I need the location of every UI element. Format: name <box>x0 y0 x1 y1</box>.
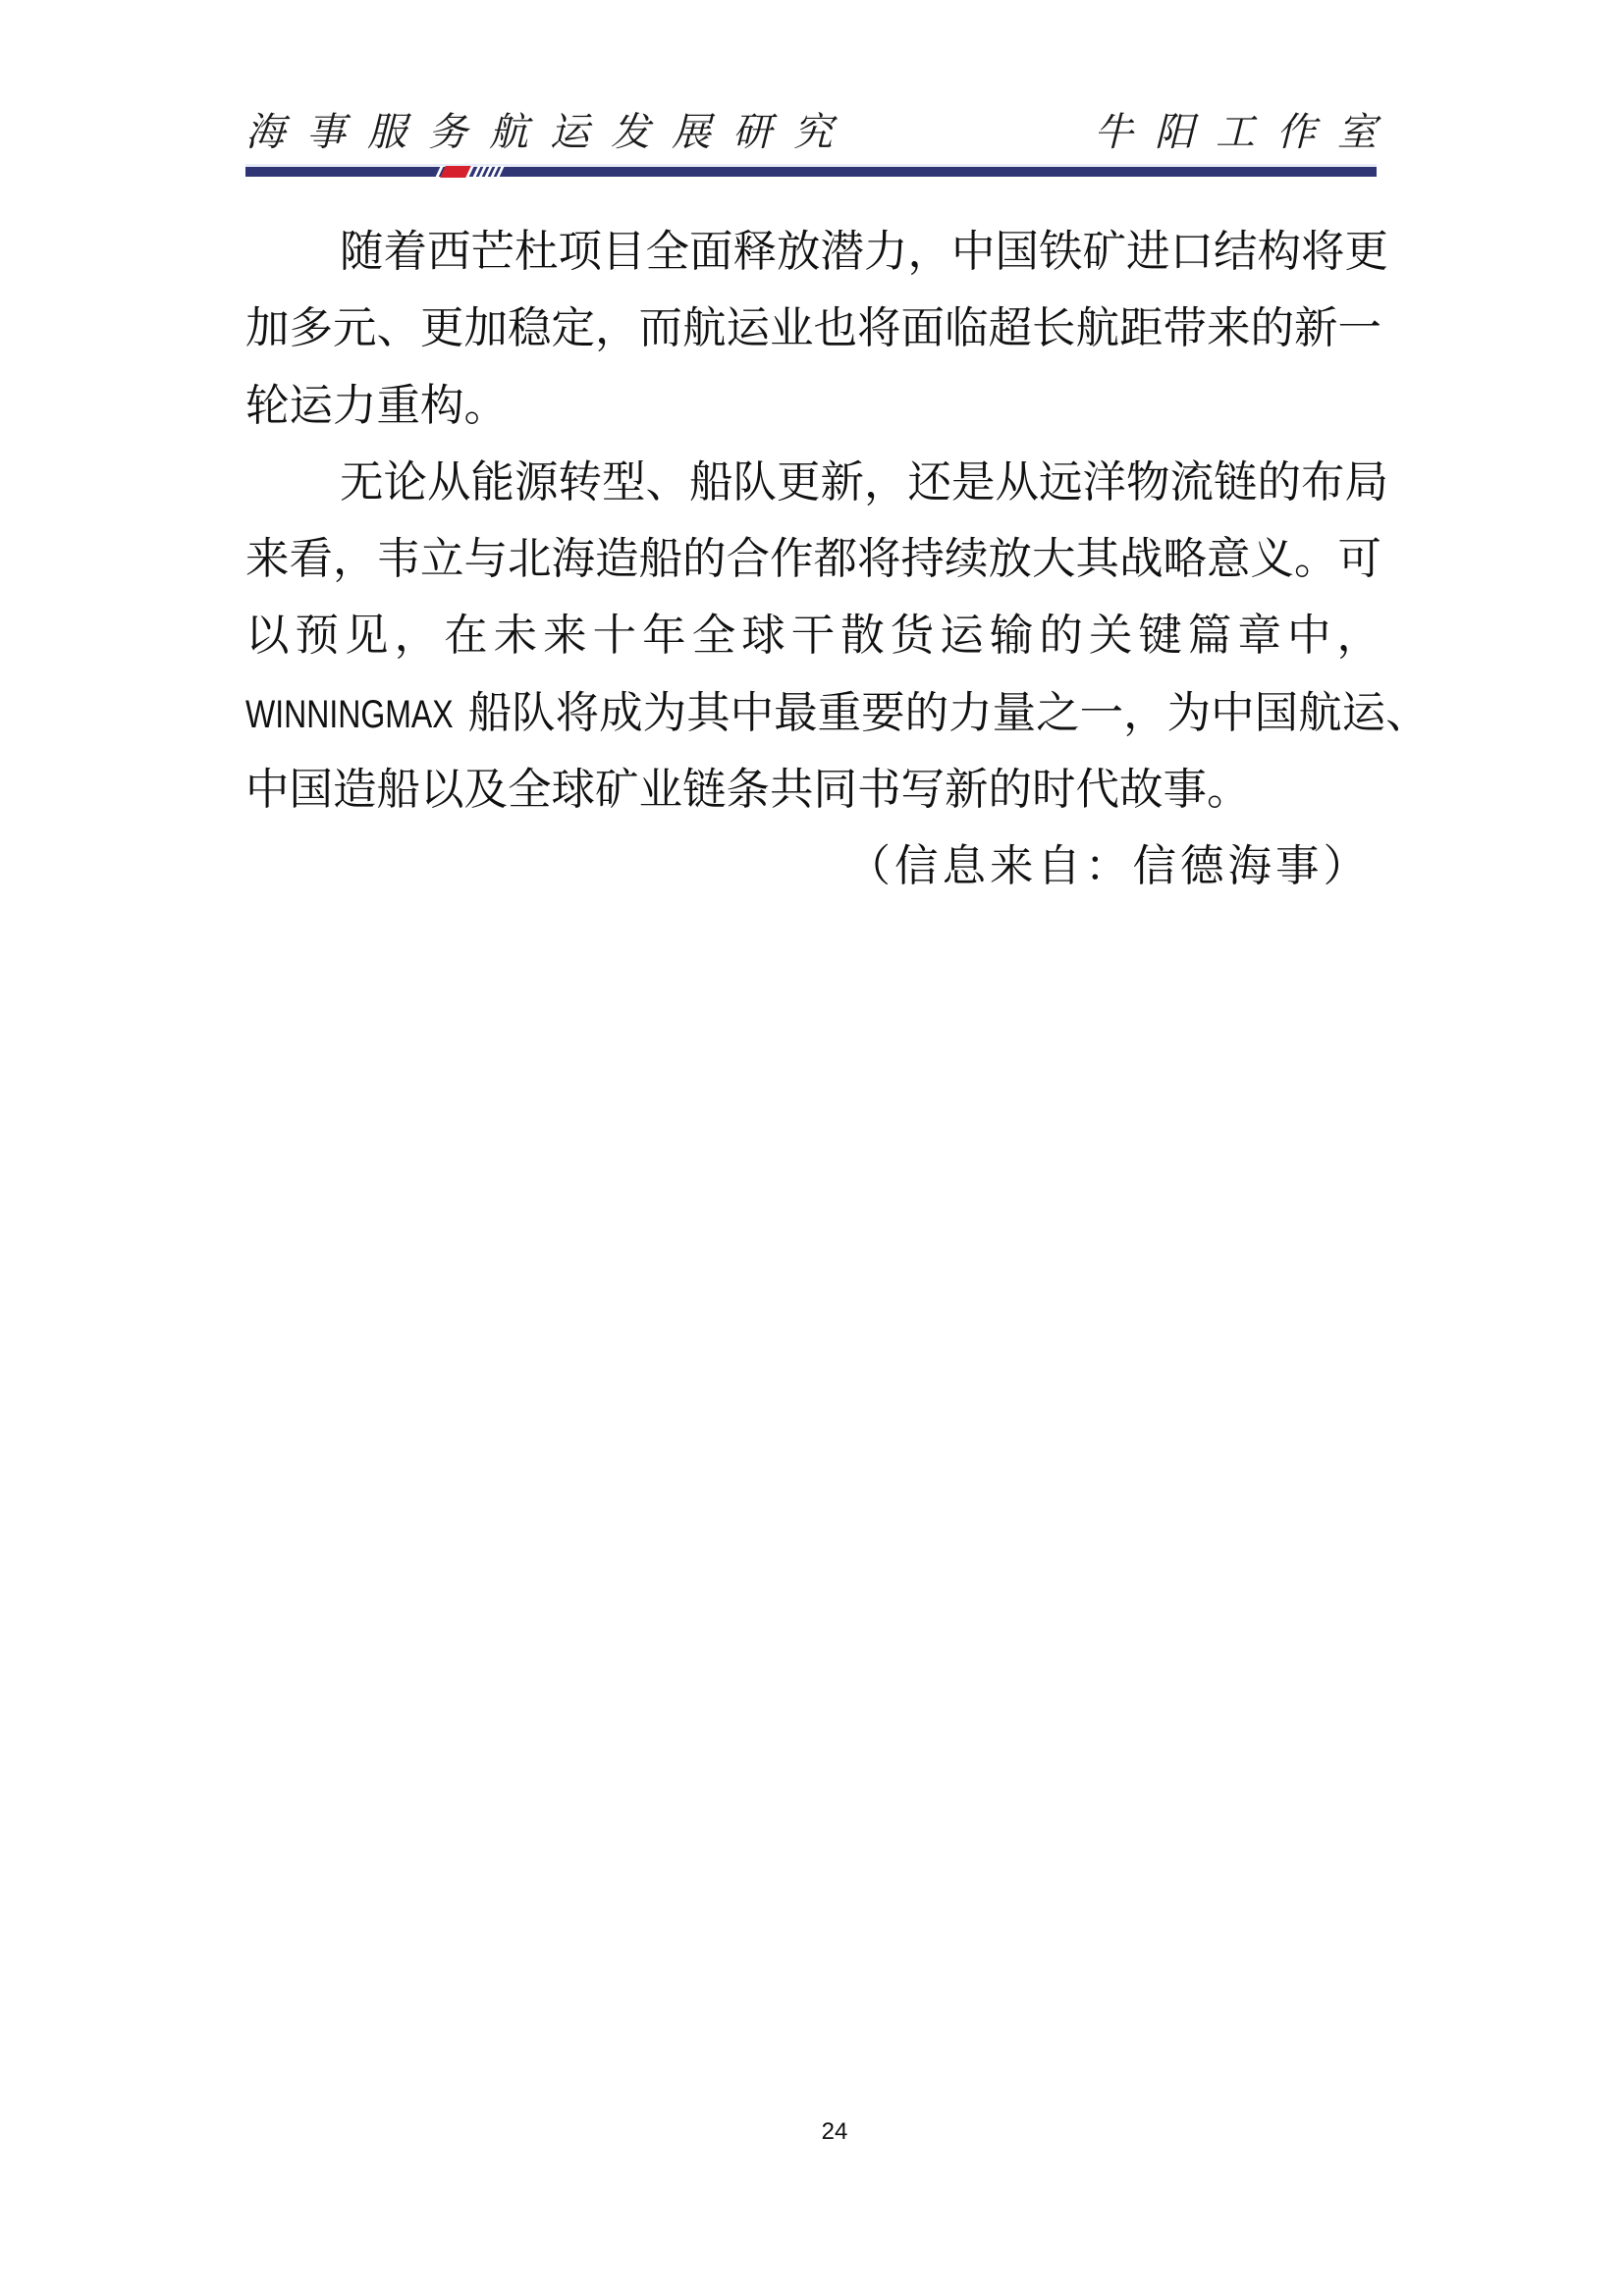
paragraph-line: 随着西芒杜项目全面释放潜力，中国铁矿进口结构将更 <box>245 214 1380 291</box>
paragraph-line: 无论从能源转型、船队更新，还是从远洋物流链的布局 <box>245 445 1380 521</box>
header-bar <box>245 167 1377 177</box>
header-left-title: 海事服务航运发展研究 <box>245 106 854 159</box>
page-number: 24 <box>0 2118 1624 2146</box>
paragraph-line-with-latin: WINNINGMAX 船队将成为其中最重要的力量之一，为中国航运、 <box>245 675 1380 752</box>
header-right-title: 牛阳工作室 <box>1094 106 1398 159</box>
paragraph-line: 中国造船以及全球矿业链条共同书写新的时代故事。 <box>245 752 1380 828</box>
paragraph-line: 来看，韦立与北海造船的合作都将持续放大其战略意义。可 <box>245 521 1380 598</box>
paragraph-line: 轮运力重构。 <box>245 368 1380 445</box>
article-body: 随着西芒杜项目全面释放潜力，中国铁矿进口结构将更 加多元、更加稳定，而航运业也将… <box>245 214 1380 906</box>
paragraph-1: 随着西芒杜项目全面释放潜力，中国铁矿进口结构将更 加多元、更加稳定，而航运业也将… <box>245 214 1380 445</box>
source-attribution: （信息来自：信德海事） <box>245 828 1380 905</box>
paragraph-2: 无论从能源转型、船队更新，还是从远洋物流链的布局 来看，韦立与北海造船的合作都将… <box>245 445 1380 828</box>
paragraph-line: 以预见，在未来十年全球干散货运输的关键篇章中， <box>245 598 1380 674</box>
paragraph-line-text: 船队将成为其中最重要的力量之一，为中国航运、 <box>468 688 1430 738</box>
paragraph-line: 加多元、更加稳定，而航运业也将面临超长航距带来的新一 <box>245 291 1380 367</box>
fleet-name: WINNINGMAX <box>245 676 454 753</box>
